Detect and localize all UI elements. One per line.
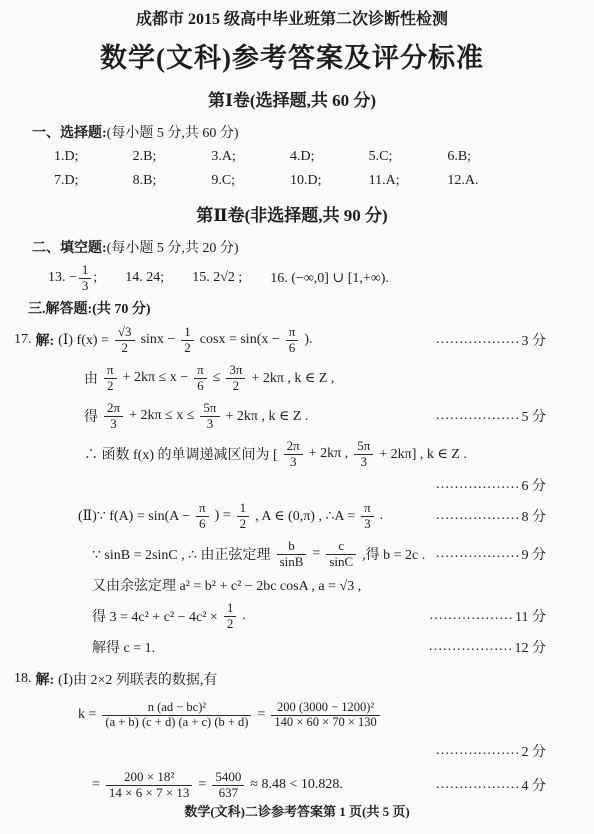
numerator: 1 bbox=[224, 601, 237, 615]
denominator: 637 bbox=[212, 785, 244, 800]
denominator: 2 bbox=[226, 378, 245, 393]
fraction: 2π3 bbox=[104, 401, 123, 431]
solution-line-17-10: 解得 c = 1. ………………12 分 bbox=[14, 637, 570, 657]
dot-leader: ……………… bbox=[436, 743, 520, 759]
fraction: 200 (3000 − 1200)²140 × 60 × 70 × 130 bbox=[271, 701, 379, 730]
math-text: = bbox=[312, 546, 320, 562]
numerator: c bbox=[326, 539, 356, 553]
solution-line-17-5: ………………6 分 bbox=[14, 475, 570, 495]
problem-number: 17. bbox=[14, 332, 32, 348]
numerator: 1 bbox=[237, 501, 250, 515]
math-expression: 18. 解: (Ⅰ)由 2×2 列联表的数据,有 bbox=[14, 669, 217, 689]
math-text: (Ⅰ) f(x) = bbox=[58, 332, 109, 349]
score-leader: ………………3 分 bbox=[436, 330, 547, 350]
math-text: = bbox=[257, 707, 265, 723]
fraction: π3 bbox=[361, 501, 374, 531]
fraction: csinC bbox=[326, 539, 356, 569]
math-expression: 得 3 = 4c² + c² − 4c² × 12 . bbox=[92, 601, 246, 631]
solution-line-17-4: ∴ 函数 f(x) 的单调递减区间为 [ 2π3 + 2kπ , 5π3 + 2… bbox=[14, 437, 570, 471]
score-leader: ………………4 分 bbox=[436, 775, 547, 795]
math-text: k = bbox=[78, 707, 96, 723]
denominator: 3 bbox=[104, 416, 123, 431]
math-text: + 2kπ , k ∈ Z , bbox=[251, 370, 334, 387]
page-footer: 数学(文科)二诊参考答案第 1 页(共 5 页) bbox=[0, 801, 594, 820]
math-text: ∵ sinB = 2sinC , ∴ 由正弦定理 bbox=[92, 544, 271, 564]
numerator: 5400 bbox=[212, 770, 244, 784]
mc-note: (每小题 5 分,共 60 分) bbox=[107, 126, 239, 141]
math-expression: ∵ sinB = 2sinC , ∴ 由正弦定理 bsinB = csinC ,… bbox=[92, 539, 425, 569]
numerator: π bbox=[194, 363, 207, 377]
document-title: 数学(文科)参考答案及评分标准 bbox=[14, 40, 570, 76]
dot-leader: ……………… bbox=[436, 408, 520, 424]
math-text: ,得 b = 2c . bbox=[362, 544, 425, 564]
part2-heading: 第Ⅱ卷(非选择题,共 90 分) bbox=[14, 205, 570, 227]
mc-answer-6: 6.B; bbox=[447, 147, 526, 167]
math-text: ) = bbox=[215, 508, 231, 524]
denominator: 2 bbox=[181, 340, 194, 355]
mc-answer-10: 10.D; bbox=[290, 171, 369, 191]
numerator: 3π bbox=[226, 363, 245, 377]
score-mark: 12 分 bbox=[515, 637, 547, 657]
math-text: + 2kπ ≤ x ≤ bbox=[129, 408, 194, 424]
fill-label: 二、填空题: bbox=[32, 241, 107, 256]
score-mark: 2 分 bbox=[522, 741, 547, 761]
math-text: + 2kπ ≤ x − bbox=[123, 370, 189, 386]
math-text: . bbox=[380, 508, 384, 524]
mc-answer-12: 12.A. bbox=[447, 171, 526, 191]
math-text: + 2kπ] , k ∈ Z . bbox=[379, 446, 467, 463]
math-text: + 2kπ , bbox=[309, 446, 348, 462]
math-text: , A ∈ (0,π) , ∴A = bbox=[255, 508, 355, 525]
fraction: 2π3 bbox=[284, 439, 303, 469]
denominator: 3 bbox=[200, 416, 219, 431]
fill-answer-15: 15. 2√2 ; bbox=[192, 270, 242, 286]
score-leader: ………………8 分 bbox=[436, 506, 547, 526]
solution-line-17-7: ∵ sinB = 2sinC , ∴ 由正弦定理 bsinB = csinC ,… bbox=[14, 537, 570, 571]
score-leader: ………………5 分 bbox=[436, 406, 547, 426]
fill-answer-14: 14. 24; bbox=[125, 270, 164, 286]
denominator: 2 bbox=[104, 378, 117, 393]
denominator: sinC bbox=[326, 554, 356, 569]
score-mark: 8 分 bbox=[522, 506, 547, 526]
math-expression: k = n (ad − bc)²(a + b) (c + d) (a + c) … bbox=[78, 701, 382, 730]
math-expression: 又由余弦定理 a² = b² + c² − 2bc cosA , a = √3 … bbox=[92, 575, 361, 595]
numerator: √3 bbox=[115, 325, 135, 339]
dot-leader: ……………… bbox=[429, 608, 513, 624]
denominator: 6 bbox=[194, 378, 207, 393]
mc-answer-1: 1.D; bbox=[54, 147, 133, 167]
solution-line-18-1: k = n (ad − bc)²(a + b) (c + d) (a + c) … bbox=[14, 693, 570, 737]
math-text: ). bbox=[304, 332, 312, 348]
denominator: (a + b) (c + d) (a + c) (b + d) bbox=[102, 715, 251, 730]
denominator: 140 × 60 × 70 × 130 bbox=[271, 715, 379, 730]
mc-answer-4: 4.D; bbox=[290, 147, 369, 167]
fraction: n (ad − bc)²(a + b) (c + d) (a + c) (b +… bbox=[102, 701, 251, 730]
math-text: (Ⅰ)由 2×2 列联表的数据,有 bbox=[58, 669, 217, 689]
mc-answer-8: 8.B; bbox=[133, 171, 212, 191]
mc-answer-7: 7.D; bbox=[54, 171, 133, 191]
score-leader: ………………2 分 bbox=[436, 741, 547, 761]
math-text: + 2kπ , k ∈ Z . bbox=[226, 408, 309, 425]
math-text: 解得 c = 1. bbox=[92, 637, 155, 657]
math-expression: ∴ 函数 f(x) 的单调递减区间为 [ 2π3 + 2kπ , 5π3 + 2… bbox=[84, 439, 467, 469]
numerator: 2π bbox=[284, 439, 303, 453]
numerator: π bbox=[361, 501, 374, 515]
fill-answer-16: 16. (−∞,0] ∪ [1,+∞). bbox=[270, 270, 389, 287]
score-leader: ………………11 分 bbox=[429, 606, 546, 626]
math-text: = bbox=[198, 777, 206, 793]
problem-number: 18. bbox=[14, 671, 32, 687]
math-text: 得 bbox=[84, 406, 98, 426]
fraction: π6 bbox=[196, 501, 209, 531]
denominator: 3 bbox=[79, 278, 92, 293]
numerator: π bbox=[196, 501, 209, 515]
solution-line-17-1: 17. 解: (Ⅰ) f(x) = √32 sinx − 12 cosx = s… bbox=[14, 323, 570, 357]
numerator: 200 (3000 − 1200)² bbox=[271, 701, 379, 715]
score-mark: 6 分 bbox=[522, 475, 547, 495]
fill-blank-answers: 13. − 13 ; 14. 24; 15. 2√2 ; 16. (−∞,0] … bbox=[48, 262, 570, 294]
mc-label: 一、选择题: bbox=[32, 126, 107, 141]
score-leader: ………………9 分 bbox=[436, 544, 547, 564]
score-leader: ………………12 分 bbox=[429, 637, 547, 657]
math-expression: = 200 × 18²14 × 6 × 7 × 13 = 5400637 ≈ 8… bbox=[92, 770, 343, 800]
math-expression: 解得 c = 1. bbox=[92, 637, 155, 657]
mc-answer-5: 5.C; bbox=[369, 147, 448, 167]
score-mark: 11 分 bbox=[515, 606, 546, 626]
fraction: 13 bbox=[79, 263, 92, 293]
fraction: 5π3 bbox=[200, 401, 219, 431]
denominator: 2 bbox=[115, 340, 135, 355]
math-expression: 由 π2 + 2kπ ≤ x − π6 ≤ 3π2 + 2kπ , k ∈ Z … bbox=[84, 363, 334, 393]
mc-answer-2: 2.B; bbox=[133, 147, 212, 167]
numerator: n (ad − bc)² bbox=[102, 701, 251, 715]
denominator: 2 bbox=[237, 516, 250, 531]
answer-key-page: 成都市 2015 级高中毕业班第二次诊断性检测 数学(文科)参考答案及评分标准 … bbox=[0, 0, 594, 834]
fraction: π2 bbox=[104, 363, 117, 393]
fraction: 12 bbox=[224, 601, 237, 631]
dot-leader: ……………… bbox=[436, 777, 520, 793]
dot-leader: ……………… bbox=[436, 546, 520, 562]
math-expression: 17. 解: (Ⅰ) f(x) = √32 sinx − 12 cosx = s… bbox=[14, 325, 313, 355]
math-text: ; bbox=[93, 270, 97, 286]
numerator: 5π bbox=[354, 439, 373, 453]
solution-line-18-label: 18. 解: (Ⅰ)由 2×2 列联表的数据,有 bbox=[14, 669, 570, 689]
multiple-choice-section-label: 一、选择题:(每小题 5 分,共 60 分) bbox=[32, 124, 570, 143]
mc-answer-11: 11.A; bbox=[369, 171, 448, 191]
solve-label: 解: bbox=[36, 330, 55, 350]
math-text: sinx − bbox=[141, 332, 176, 348]
mc-answer-3: 3.A; bbox=[211, 147, 290, 167]
math-text: 13. − bbox=[48, 270, 77, 286]
solution-line-17-6: (Ⅱ)∵ f(A) = sin(A − π6 ) = 12 , A ∈ (0,π… bbox=[14, 499, 570, 533]
numerator: 1 bbox=[181, 325, 194, 339]
fraction: π6 bbox=[286, 325, 299, 355]
fraction: 12 bbox=[181, 325, 194, 355]
score-mark: 4 分 bbox=[522, 775, 547, 795]
numerator: 1 bbox=[79, 263, 92, 277]
math-text: 又由余弦定理 a² = b² + c² − 2bc cosA , a = √3 … bbox=[92, 575, 361, 595]
math-text: ≈ 8.48 < 10.828. bbox=[250, 777, 343, 793]
denominator: sinB bbox=[277, 554, 307, 569]
denominator: 3 bbox=[284, 454, 303, 469]
score-mark: 9 分 bbox=[522, 544, 547, 564]
solution-line-18-3: = 200 × 18²14 × 6 × 7 × 13 = 5400637 ≈ 8… bbox=[14, 765, 570, 805]
numerator: π bbox=[286, 325, 299, 339]
denominator: 3 bbox=[354, 454, 373, 469]
denominator: 6 bbox=[196, 516, 209, 531]
math-text: cosx = sin(x − bbox=[200, 332, 280, 348]
dot-leader: ……………… bbox=[436, 508, 520, 524]
dot-leader: ……………… bbox=[436, 477, 520, 493]
numerator: b bbox=[277, 539, 307, 553]
part1-heading: 第Ⅰ卷(选择题,共 60 分) bbox=[14, 90, 570, 112]
part3-heading: 三.解答题:(共 70 分) bbox=[28, 300, 570, 319]
solve-label: 解: bbox=[36, 669, 55, 689]
numerator: 2π bbox=[104, 401, 123, 415]
fill-note: (每小题 5 分,共 20 分) bbox=[107, 241, 239, 256]
fraction: 5400637 bbox=[212, 770, 244, 800]
math-expression: (Ⅱ)∵ f(A) = sin(A − π6 ) = 12 , A ∈ (0,π… bbox=[78, 501, 383, 531]
numerator: π bbox=[104, 363, 117, 377]
fraction: 200 × 18²14 × 6 × 7 × 13 bbox=[106, 770, 193, 800]
math-expression: 得 2π3 + 2kπ ≤ x ≤ 5π3 + 2kπ , k ∈ Z . bbox=[84, 401, 308, 431]
dot-leader: ……………… bbox=[436, 332, 520, 348]
math-text: 得 3 = 4c² + c² − 4c² × bbox=[92, 606, 218, 626]
math-text: = bbox=[92, 777, 100, 793]
math-text: . bbox=[242, 608, 246, 624]
denominator: 14 × 6 × 7 × 13 bbox=[106, 785, 193, 800]
solution-line-18-2: ………………2 分 bbox=[14, 741, 570, 761]
solution-line-17-3: 得 2π3 + 2kπ ≤ x ≤ 5π3 + 2kπ , k ∈ Z . ……… bbox=[14, 399, 570, 433]
multiple-choice-answers: 1.D; 2.B; 3.A; 4.D; 5.C; 6.B; 7.D; 8.B; … bbox=[14, 147, 570, 191]
numerator: 200 × 18² bbox=[106, 770, 193, 784]
fraction: π6 bbox=[194, 363, 207, 393]
exam-title: 成都市 2015 级高中毕业班第二次诊断性检测 bbox=[14, 10, 570, 30]
math-text: ∴ 函数 f(x) 的单调递减区间为 [ bbox=[84, 444, 278, 464]
solution-line-17-2: 由 π2 + 2kπ ≤ x − π6 ≤ 3π2 + 2kπ , k ∈ Z … bbox=[14, 361, 570, 395]
fraction: 5π3 bbox=[354, 439, 373, 469]
fill-answer-13: 13. − 13 ; bbox=[48, 263, 97, 293]
fraction: bsinB bbox=[277, 539, 307, 569]
denominator: 3 bbox=[361, 516, 374, 531]
math-text: (Ⅱ)∵ f(A) = sin(A − bbox=[78, 508, 190, 525]
numerator: 5π bbox=[200, 401, 219, 415]
denominator: 2 bbox=[224, 616, 237, 631]
fraction: 3π2 bbox=[226, 363, 245, 393]
denominator: 6 bbox=[286, 340, 299, 355]
score-mark: 5 分 bbox=[522, 406, 547, 426]
fraction: √32 bbox=[115, 325, 135, 355]
solution-line-17-9: 得 3 = 4c² + c² − 4c² × 12 . ………………11 分 bbox=[14, 599, 570, 633]
math-text: ≤ bbox=[213, 370, 221, 386]
score-leader: ………………6 分 bbox=[436, 475, 547, 495]
solution-line-17-8: 又由余弦定理 a² = b² + c² − 2bc cosA , a = √3 … bbox=[14, 575, 570, 595]
dot-leader: ……………… bbox=[429, 639, 513, 655]
fraction: 12 bbox=[237, 501, 250, 531]
fill-blank-section-label: 二、填空题:(每小题 5 分,共 20 分) bbox=[32, 239, 570, 258]
mc-answer-9: 9.C; bbox=[211, 171, 290, 191]
math-text: 由 bbox=[84, 368, 98, 388]
score-mark: 3 分 bbox=[522, 330, 547, 350]
